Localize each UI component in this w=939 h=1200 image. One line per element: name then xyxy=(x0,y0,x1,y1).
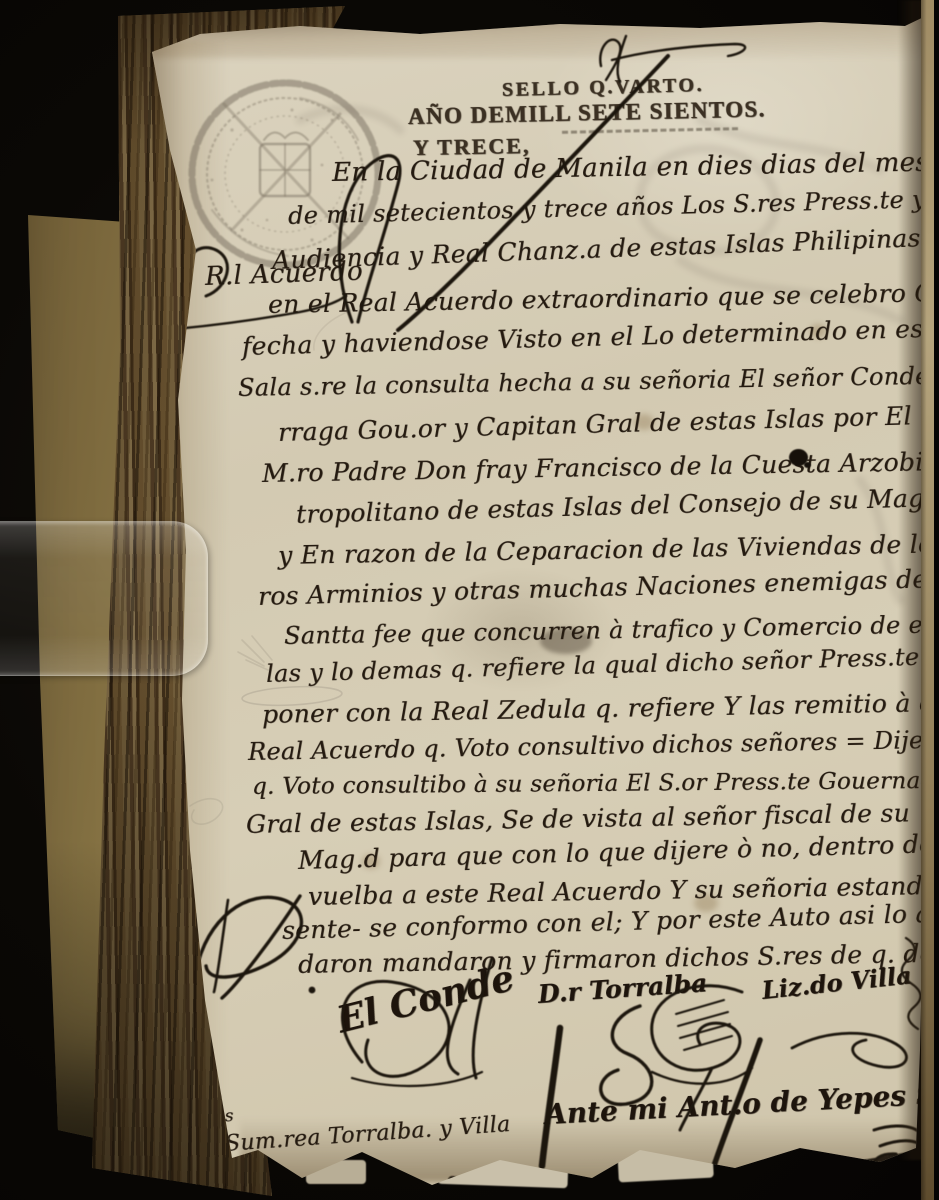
folio-flourish xyxy=(600,36,745,82)
photograph-black-background: SELLO Q.VARTO. AÑO DEMILL SETE SIENTOS. … xyxy=(0,0,939,1200)
right-black-gap xyxy=(934,0,939,1200)
left-rubric xyxy=(196,896,315,998)
conde-paraph xyxy=(342,958,492,1086)
clear-page-holder-tab[interactable] xyxy=(0,521,208,676)
opening-flourish xyxy=(339,56,668,330)
next-page-edge xyxy=(921,0,935,1200)
